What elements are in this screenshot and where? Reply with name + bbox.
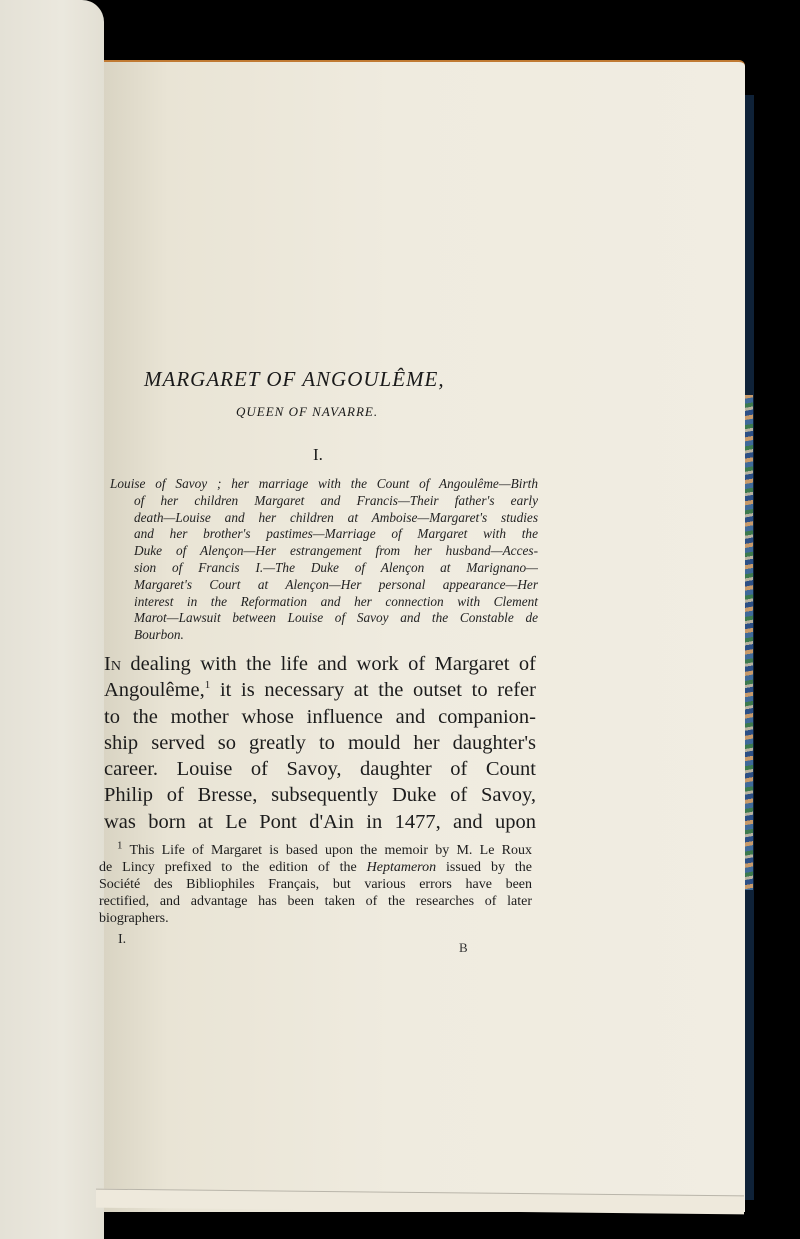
footnote-line: de Lincy prefixed to the edition of the … — [99, 859, 532, 876]
page-title: MARGARET OF ANGOULÊME, — [144, 367, 444, 392]
body-line: In dealing with the life and work of Mar… — [104, 651, 536, 677]
chapter-number: I. — [313, 445, 323, 465]
synopsis-line: Marot—Lawsuit between Louise of Savoy an… — [110, 610, 538, 627]
facing-page-edge — [0, 0, 104, 1239]
synopsis-line: and her brother's pastimes—Marriage of M… — [110, 526, 538, 543]
synopsis-line: death—Louise and her children at Amboise… — [110, 510, 538, 527]
footnote-line: biographers. — [99, 910, 532, 927]
synopsis-line: of her children Margaret and Francis—The… — [110, 493, 538, 510]
synopsis-line: Duke of Alençon—Her estrangement from he… — [110, 543, 538, 560]
synopsis-line: sion of Francis I.—The Duke of Alençon a… — [110, 560, 538, 577]
body-line: career. Louise of Savoy, daughter of Cou… — [104, 756, 536, 782]
gathering-signature: B — [459, 940, 468, 956]
synopsis-line: Louise of Savoy ; her marriage with the … — [110, 476, 538, 493]
chapter-synopsis: Louise of Savoy ; her marriage with the … — [110, 476, 538, 644]
body-line: Philip of Bresse, subsequently Duke of S… — [104, 782, 536, 808]
synopsis-line: Bourbon. — [110, 627, 538, 644]
volume-signature: I. — [118, 932, 126, 948]
synopsis-line: interest in the Reformation and her conn… — [110, 594, 538, 611]
body-line: to the mother whose influence and compan… — [104, 704, 536, 730]
body-line: ship served so greatly to mould her daug… — [104, 730, 536, 756]
body-line: Angoulême,1 it is necessary at the outse… — [104, 677, 536, 703]
book-title-italic: Heptameron — [367, 860, 436, 875]
footnote-line: Société des Bibliophiles Français, but v… — [99, 876, 532, 893]
body-line: was born at Le Pont d'Ain in 1477, and u… — [104, 809, 536, 835]
drop-word: In — [104, 653, 121, 675]
footnote-line: rectified, and advantage has been taken … — [99, 893, 532, 910]
body-paragraph: In dealing with the life and work of Mar… — [104, 651, 536, 835]
page-subtitle: QUEEN OF NAVARRE. — [236, 404, 378, 420]
footnote: 1 This Life of Margaret is based upon th… — [99, 842, 532, 927]
synopsis-line: Margaret's Court at Alençon—Her personal… — [110, 577, 538, 594]
footnote-line: 1 This Life of Margaret is based upon th… — [99, 842, 532, 859]
